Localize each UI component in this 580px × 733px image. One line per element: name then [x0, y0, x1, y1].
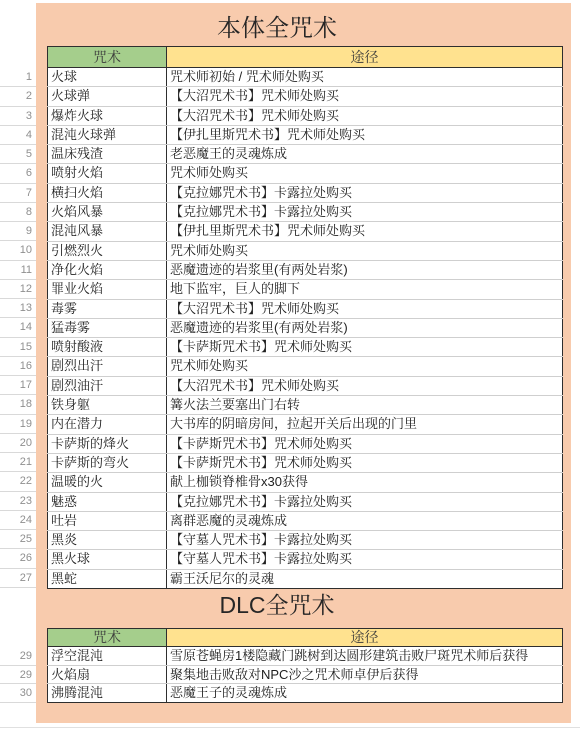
table-row: 混沌风暴【伊扎里斯咒术书】咒术师处购买: [48, 222, 563, 241]
source-cell[interactable]: 【克拉娜咒术书】卡露拉处购买: [167, 492, 563, 511]
row-number-gutter-dlc: 292930: [0, 647, 36, 703]
row-number[interactable]: 2: [0, 87, 36, 106]
source-cell[interactable]: 离群恶魔的灵魂炼成: [167, 511, 563, 530]
dlc-column-header-spell[interactable]: 咒术: [48, 629, 167, 647]
main-header-row: 咒术 途径: [48, 47, 563, 68]
row-number[interactable]: 23: [0, 492, 36, 511]
spell-cell[interactable]: 黑炎: [48, 531, 167, 550]
source-cell[interactable]: 【大沼咒术书】咒术师处购买: [167, 299, 563, 318]
source-cell[interactable]: 【卡萨斯咒术书】咒术师处购买: [167, 338, 563, 357]
spell-cell[interactable]: 卡萨斯的弯火: [48, 453, 167, 472]
dlc-column-header-source[interactable]: 途径: [167, 629, 563, 647]
spell-cell[interactable]: 混沌火球弹: [48, 125, 167, 144]
table-row: 魅惑【克拉娜咒术书】卡露拉处购买: [48, 492, 563, 511]
table-row: 喷射酸液【卡萨斯咒术书】咒术师处购买: [48, 338, 563, 357]
main-column-header-spell[interactable]: 咒术: [48, 47, 167, 68]
table-row: 火焰风暴【克拉娜咒术书】卡露拉处购买: [48, 203, 563, 222]
spell-cell[interactable]: 剧烈出汗: [48, 357, 167, 376]
source-cell[interactable]: 【大沼咒术书】咒术师处购买: [167, 376, 563, 395]
row-number[interactable]: 19: [0, 415, 36, 434]
source-cell[interactable]: 聚集地击败敌对NPC沙之咒术师卓伊后获得: [167, 665, 563, 684]
source-cell[interactable]: 【守墓人咒术书】卡露拉处购买: [167, 550, 563, 569]
source-cell[interactable]: 【伊扎里斯咒术书】咒术师处购买: [167, 125, 563, 144]
table-row: 沸腾混沌恶魔王子的灵魂炼成: [48, 684, 563, 703]
spell-cell[interactable]: 魅惑: [48, 492, 167, 511]
spell-cell[interactable]: 温床残渣: [48, 145, 167, 164]
row-number[interactable]: 5: [0, 145, 36, 164]
source-cell[interactable]: 恶魔遗迹的岩浆里(有两处岩浆): [167, 260, 563, 279]
row-number[interactable]: 25: [0, 530, 36, 549]
main-table-title: 本体全咒术: [47, 13, 507, 45]
main-column-header-source[interactable]: 途径: [167, 47, 563, 68]
row-number[interactable]: 14: [0, 318, 36, 337]
table-row: 黑蛇霸王沃尼尔的灵魂: [48, 569, 563, 588]
row-number[interactable]: 12: [0, 280, 36, 299]
spell-cell[interactable]: 火焰风暴: [48, 203, 167, 222]
row-number[interactable]: 24: [0, 511, 36, 530]
spell-cell[interactable]: 喷射酸液: [48, 338, 167, 357]
row-number[interactable]: 9: [0, 222, 36, 241]
source-cell[interactable]: 老恶魔王的灵魂炼成: [167, 145, 563, 164]
table-row: 爆炸火球【大沼咒术书】咒术师处购买: [48, 106, 563, 125]
source-cell[interactable]: 咒术师处购买: [167, 241, 563, 260]
table-row: 浮空混沌雪原苍蝇房1楼隐藏门跳树到达圆形建筑击败尸斑咒术师后获得: [48, 647, 563, 666]
row-number[interactable]: 1: [0, 68, 36, 87]
dlc-table-title: DLC全咒术: [47, 592, 507, 618]
table-row: 猛毒雾恶魔遗迹的岩浆里(有两处岩浆): [48, 318, 563, 337]
source-cell[interactable]: 【大沼咒术书】咒术师处购买: [167, 106, 563, 125]
spell-cell[interactable]: 浮空混沌: [48, 647, 167, 666]
table-row: 喷射火焰咒术师处购买: [48, 164, 563, 183]
source-cell[interactable]: 【卡萨斯咒术书】咒术师处购买: [167, 453, 563, 472]
row-number[interactable]: 29: [0, 647, 36, 666]
table-row: 黑炎【守墓人咒术书】卡露拉处购买: [48, 531, 563, 550]
source-cell[interactable]: 【克拉娜咒术书】卡露拉处购买: [167, 183, 563, 202]
source-cell[interactable]: 咒术师初始 / 咒术师处购买: [167, 68, 563, 87]
row-number[interactable]: 13: [0, 299, 36, 318]
spell-cell[interactable]: 火球: [48, 68, 167, 87]
spell-cell[interactable]: 毒雾: [48, 299, 167, 318]
source-cell[interactable]: 篝火法兰要塞出门右转: [167, 396, 563, 415]
table-row: 内在潜力大书库的阴暗房间，拉起开关后出现的门里: [48, 415, 563, 434]
source-cell[interactable]: 献上枷锁脊椎骨x30获得: [167, 473, 563, 492]
spell-cell[interactable]: 沸腾混沌: [48, 684, 167, 703]
row-number[interactable]: 20: [0, 434, 36, 453]
row-number[interactable]: 21: [0, 453, 36, 472]
spell-cell[interactable]: 混沌风暴: [48, 222, 167, 241]
row-number[interactable]: 7: [0, 184, 36, 203]
dlc-header-row: 咒术 途径: [48, 629, 563, 647]
spell-cell[interactable]: 火球弹: [48, 87, 167, 106]
source-cell[interactable]: 雪原苍蝇房1楼隐藏门跳树到达圆形建筑击败尸斑咒术师后获得: [167, 647, 563, 666]
spell-cell[interactable]: 内在潜力: [48, 415, 167, 434]
spell-cell[interactable]: 净化火焰: [48, 260, 167, 279]
spell-cell[interactable]: 温暖的火: [48, 473, 167, 492]
spell-cell[interactable]: 罪业火焰: [48, 280, 167, 299]
spell-cell[interactable]: 猛毒雾: [48, 318, 167, 337]
row-number[interactable]: 10: [0, 241, 36, 260]
source-cell[interactable]: 地下监牢，巨人的脚下: [167, 280, 563, 299]
table-row: 铁身躯篝火法兰要塞出门右转: [48, 396, 563, 415]
table-row: 温床残渣老恶魔王的灵魂炼成: [48, 145, 563, 164]
table-row: 黑火球【守墓人咒术书】卡露拉处购买: [48, 550, 563, 569]
table-row: 剧烈油汗【大沼咒术书】咒术师处购买: [48, 376, 563, 395]
table-row: 罪业火焰地下监牢，巨人的脚下: [48, 280, 563, 299]
source-cell[interactable]: 【伊扎里斯咒术书】咒术师处购买: [167, 222, 563, 241]
spell-cell[interactable]: 火焰扇: [48, 665, 167, 684]
row-number[interactable]: 8: [0, 203, 36, 222]
table-row: 温暖的火献上枷锁脊椎骨x30获得: [48, 473, 563, 492]
source-cell[interactable]: 【克拉娜咒术书】卡露拉处购买: [167, 203, 563, 222]
spell-cell[interactable]: 黑火球: [48, 550, 167, 569]
row-number[interactable]: 26: [0, 549, 36, 568]
row-number[interactable]: 18: [0, 395, 36, 414]
dlc-spell-table: 咒术 途径 浮空混沌雪原苍蝇房1楼隐藏门跳树到达圆形建筑击败尸斑咒术师后获得火焰…: [47, 628, 563, 703]
source-cell[interactable]: 霸王沃尼尔的灵魂: [167, 569, 563, 588]
row-number[interactable]: 16: [0, 357, 36, 376]
row-number[interactable]: 27: [0, 569, 36, 588]
spell-cell[interactable]: 卡萨斯的烽火: [48, 434, 167, 453]
table-row: 净化火焰恶魔遗迹的岩浆里(有两处岩浆): [48, 260, 563, 279]
row-number[interactable]: 15: [0, 338, 36, 357]
row-number[interactable]: 11: [0, 261, 36, 280]
source-cell[interactable]: 【大沼咒术书】咒术师处购买: [167, 87, 563, 106]
source-cell[interactable]: 恶魔遗迹的岩浆里(有两处岩浆): [167, 318, 563, 337]
table-row: 剧烈出汗咒术师处购买: [48, 357, 563, 376]
table-row: 火焰扇聚集地击败敌对NPC沙之咒术师卓伊后获得: [48, 665, 563, 684]
spell-cell[interactable]: 铁身躯: [48, 396, 167, 415]
row-number[interactable]: 6: [0, 164, 36, 183]
table-row: 卡萨斯的烽火【卡萨斯咒术书】咒术师处购买: [48, 434, 563, 453]
page-bottom-divider: [0, 727, 580, 728]
source-cell[interactable]: 咒术师处购买: [167, 164, 563, 183]
spell-cell[interactable]: 黑蛇: [48, 569, 167, 588]
spell-cell[interactable]: 爆炸火球: [48, 106, 167, 125]
row-number[interactable]: 3: [0, 107, 36, 126]
table-row: 吐岩离群恶魔的灵魂炼成: [48, 511, 563, 530]
source-cell[interactable]: 恶魔王子的灵魂炼成: [167, 684, 563, 703]
spreadsheet-page: 本体全咒术 咒术 途径 火球咒术师初始 / 咒术师处购买火球弹【大沼咒术书】咒术…: [0, 0, 580, 733]
spell-cell[interactable]: 吐岩: [48, 511, 167, 530]
spell-cell[interactable]: 剧烈油汗: [48, 376, 167, 395]
table-row: 引燃烈火咒术师处购买: [48, 241, 563, 260]
spell-cell[interactable]: 喷射火焰: [48, 164, 167, 183]
table-row: 火球弹【大沼咒术书】咒术师处购买: [48, 87, 563, 106]
table-row: 混沌火球弹【伊扎里斯咒术书】咒术师处购买: [48, 125, 563, 144]
source-cell[interactable]: 【卡萨斯咒术书】咒术师处购买: [167, 434, 563, 453]
row-number-gutter-main: 1234567891011121314151617181920212223242…: [0, 68, 36, 588]
row-number[interactable]: 4: [0, 126, 36, 145]
table-row: 卡萨斯的弯火【卡萨斯咒术书】咒术师处购买: [48, 453, 563, 472]
spell-cell[interactable]: 横扫火焰: [48, 183, 167, 202]
row-number[interactable]: 22: [0, 472, 36, 491]
table-row: 横扫火焰【克拉娜咒术书】卡露拉处购买: [48, 183, 563, 202]
main-spell-table: 咒术 途径 火球咒术师初始 / 咒术师处购买火球弹【大沼咒术书】咒术师处购买爆炸…: [47, 46, 563, 589]
row-number[interactable]: 17: [0, 376, 36, 395]
row-number[interactable]: 30: [0, 684, 36, 703]
table-row: 火球咒术师初始 / 咒术师处购买: [48, 68, 563, 87]
spell-cell[interactable]: 引燃烈火: [48, 241, 167, 260]
table-row: 毒雾【大沼咒术书】咒术师处购买: [48, 299, 563, 318]
source-cell[interactable]: 【守墓人咒术书】卡露拉处购买: [167, 531, 563, 550]
source-cell[interactable]: 咒术师处购买: [167, 357, 563, 376]
row-number[interactable]: 29: [0, 666, 36, 685]
source-cell[interactable]: 大书库的阴暗房间，拉起开关后出现的门里: [167, 415, 563, 434]
